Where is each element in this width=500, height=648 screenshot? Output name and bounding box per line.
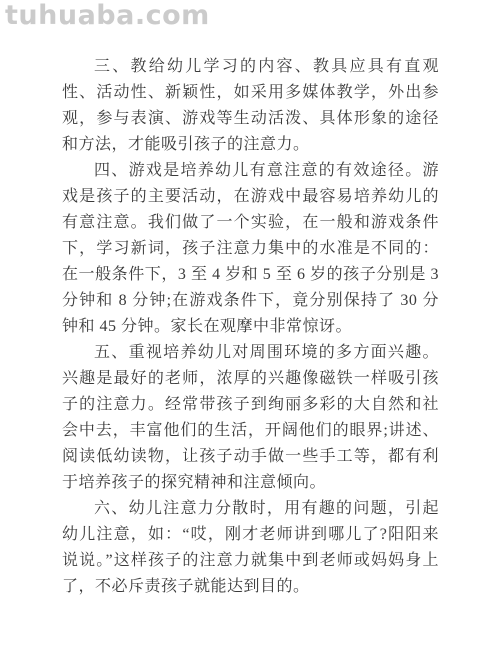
document-page: tuhuaba.com 三、教给幼儿学习的内容、教具应具有直观性、活动性、新颖性… — [0, 0, 500, 648]
document-body: 三、教给幼儿学习的内容、教具应具有直观性、活动性、新颖性，如采用多媒体教学，外出… — [62, 54, 439, 600]
paragraph-5: 五、重视培养幼儿对周围环境的多方面兴趣。兴趣是最好的老师，浓厚的兴趣像磁铁一样吸… — [62, 340, 439, 496]
paragraph-4: 四、游戏是培养幼儿有意注意的有效途径。游戏是孩子的主要活动，在游戏中最容易培养幼… — [62, 158, 439, 340]
tuhuaba-watermark-logo: tuhuaba.com — [5, 0, 210, 31]
paragraph-3: 三、教给幼儿学习的内容、教具应具有直观性、活动性、新颖性，如采用多媒体教学，外出… — [62, 54, 439, 158]
paragraph-6: 六、幼儿注意力分散时，用有趣的问题，引起幼儿注意，如：“哎，刚才老师讲到哪儿了?… — [62, 496, 439, 600]
